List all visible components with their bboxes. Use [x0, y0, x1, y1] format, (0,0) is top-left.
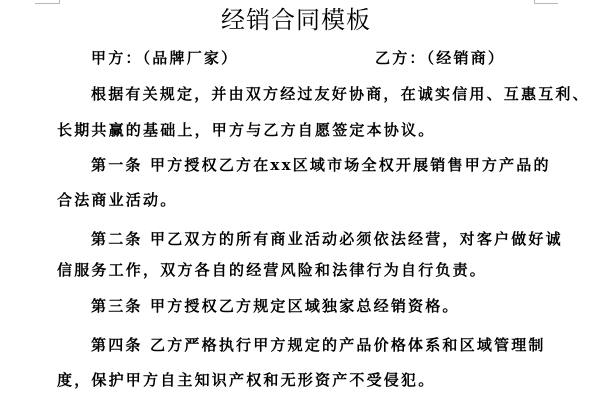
article-2-line-1: 第二条 甲乙双方的所有商业活动必须依法经营，对客户做好诚	[91, 229, 563, 249]
party-b-label: 乙方：（经销商）	[375, 48, 505, 68]
party-a-label: 甲方：（品牌厂家）	[91, 48, 238, 68]
margin-corner-mark-top-right-tick	[534, 0, 535, 4]
document-page: 经销合同模板 甲方：（品牌厂家） 乙方：（经销商） 根据有关规定，并由双方经过友…	[0, 0, 600, 400]
article-4-line-1: 第四条 乙方严格执行甲方规定的产品价格体系和区域管理制	[91, 335, 546, 355]
article-4-line-2: 度，保护甲方自主知识产权和无形资产不受侵犯。	[57, 370, 435, 390]
article-1-line-2: 合法商业活动。	[57, 190, 177, 210]
article-2-line-2: 信服务工作，双方各自的经营风险和法律行为自行负责。	[57, 260, 487, 280]
margin-corner-mark-top-left	[35, 3, 59, 4]
margin-corner-mark-top-left-tick	[59, 0, 60, 4]
preamble-line-2: 长期共赢的基础上，甲方与乙方自愿签定本协议。	[57, 120, 435, 140]
article-1-line-1: 第一条 甲方授权乙方在xx区域市场全权开展销售甲方产品的	[91, 155, 551, 175]
article-3-line-1: 第三条 甲方授权乙方规定区域独家总经销资格。	[91, 296, 460, 316]
document-title: 经销合同模板	[0, 5, 592, 35]
preamble-line-1: 根据有关规定，并由双方经过友好协商，在诚实信用、互惠互利、	[91, 84, 590, 104]
margin-corner-mark-top-right	[534, 3, 558, 4]
